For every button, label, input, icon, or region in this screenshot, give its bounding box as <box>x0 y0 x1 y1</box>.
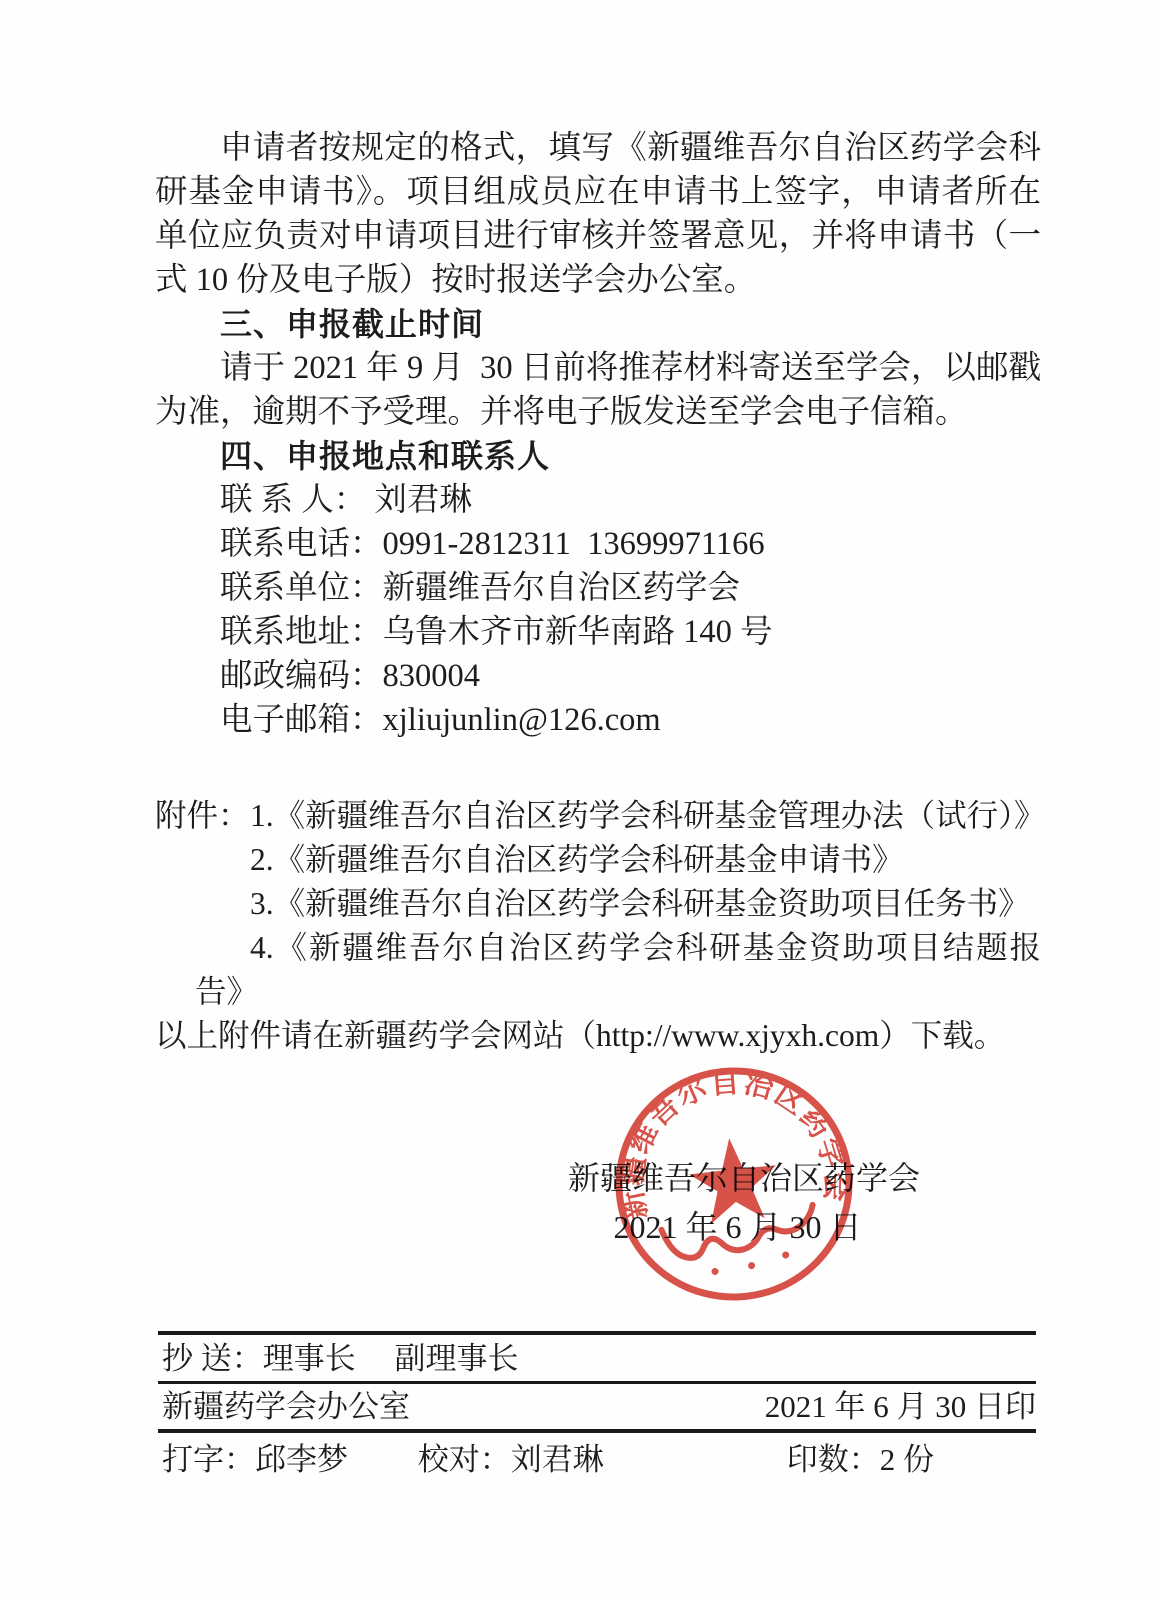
contact-postcode-value: 830004 <box>383 658 481 694</box>
issuing-office: 新疆药学会办公室 <box>162 1391 410 1424</box>
scanned-document-page: 申请者按规定的格式，填写《新疆维吾尔自治区药学会科研基金申请书》。项目组成员应在… <box>0 0 1154 1600</box>
attachment-item-2: 2.《新疆维吾尔自治区药学会科研基金申请书》 <box>250 838 1041 882</box>
section-heading-deadline: 三、申报截止时间 <box>220 302 1041 346</box>
attachments-block: 附件： 1.《新疆维吾尔自治区药学会科研基金管理办法（试行）》 2.《新疆维吾尔… <box>155 794 1041 1058</box>
contact-address-value: 乌鲁木齐市新华南路 140 号 <box>383 614 773 650</box>
cc-row: 抄 送：理事长 副理事长 <box>158 1335 1036 1384</box>
section-heading-contact: 四、申报地点和联系人 <box>220 434 1041 478</box>
typist-row: 打字：邱李梦 校对：刘君琳 印数：2 份 <box>158 1433 1036 1477</box>
stamp-script-dot-1 <box>711 1268 719 1276</box>
contact-email-line: 电子邮箱：xjliujunlin@126.com <box>220 698 1041 742</box>
print-copies: 印数：2 份 <box>787 1444 934 1477</box>
stamp-star-icon <box>686 1134 782 1226</box>
contact-phone-line: 联系电话：0991-2812311 13699971166 <box>220 522 1041 566</box>
attachments-label: 附件： <box>155 794 250 838</box>
contact-person-line: 联 系 人： 刘君琳 <box>220 478 1041 522</box>
contact-email-value: xjliujunlin@126.com <box>383 702 661 738</box>
contact-org-label: 联系单位： <box>220 570 383 606</box>
contact-postcode-line: 邮政编码：830004 <box>220 654 1041 698</box>
contact-org-line: 联系单位：新疆维吾尔自治区药学会 <box>220 566 1041 610</box>
stamp-script-dot-3 <box>782 1251 790 1259</box>
typist-proofreader: 打字：邱李梦 校对：刘君琳 <box>162 1444 604 1477</box>
document-body: 申请者按规定的格式，填写《新疆维吾尔自治区药学会科研基金申请书》。项目组成员应在… <box>155 126 1041 1058</box>
contact-person-value: 刘君琳 <box>366 482 472 518</box>
attachment-item-4: 4.《新疆维吾尔自治区药学会科研基金资助项目结题报告》 <box>195 926 1041 1014</box>
contact-person-label: 联 系 人： <box>220 482 366 518</box>
attachment-item-1: 1.《新疆维吾尔自治区药学会科研基金管理办法（试行）》 <box>250 794 1045 838</box>
application-format-paragraph: 申请者按规定的格式，填写《新疆维吾尔自治区药学会科研基金申请书》。项目组成员应在… <box>155 126 1041 302</box>
contact-org-value: 新疆维吾尔自治区药学会 <box>383 570 741 606</box>
official-stamp: 新疆维吾尔自治区药学会 <box>599 1052 869 1316</box>
deadline-paragraph: 请于 2021 年 9 月 30 日前将推荐材料寄送至学会，以邮戳为准，逾期不予… <box>155 346 1041 434</box>
stamp-script-dot-2 <box>748 1262 756 1270</box>
attachment-row-1: 附件： 1.《新疆维吾尔自治区药学会科研基金管理办法（试行）》 <box>155 794 1041 838</box>
contact-email-label: 电子邮箱： <box>220 702 383 738</box>
contact-address-line: 联系地址：乌鲁木齐市新华南路 140 号 <box>220 610 1041 654</box>
download-note: 以上附件请在新疆药学会网站（http://www.xjyxh.com）下载。 <box>155 1014 1041 1058</box>
footer-table: 抄 送：理事长 副理事长 新疆药学会办公室 2021 年 6 月 30 日印 打… <box>158 1331 1036 1477</box>
contact-phone-value: 0991-2812311 13699971166 <box>383 526 765 562</box>
office-row: 新疆药学会办公室 2021 年 6 月 30 日印 <box>158 1384 1036 1434</box>
stamp-uyghur-script <box>660 1205 816 1261</box>
attachment-item-3: 3.《新疆维吾尔自治区药学会科研基金资助项目任务书》 <box>250 882 1041 926</box>
contact-address-label: 联系地址： <box>220 614 383 650</box>
contact-phone-label: 联系电话： <box>220 526 383 562</box>
print-date: 2021 年 6 月 30 日印 <box>765 1391 1036 1424</box>
contact-postcode-label: 邮政编码： <box>220 658 383 694</box>
